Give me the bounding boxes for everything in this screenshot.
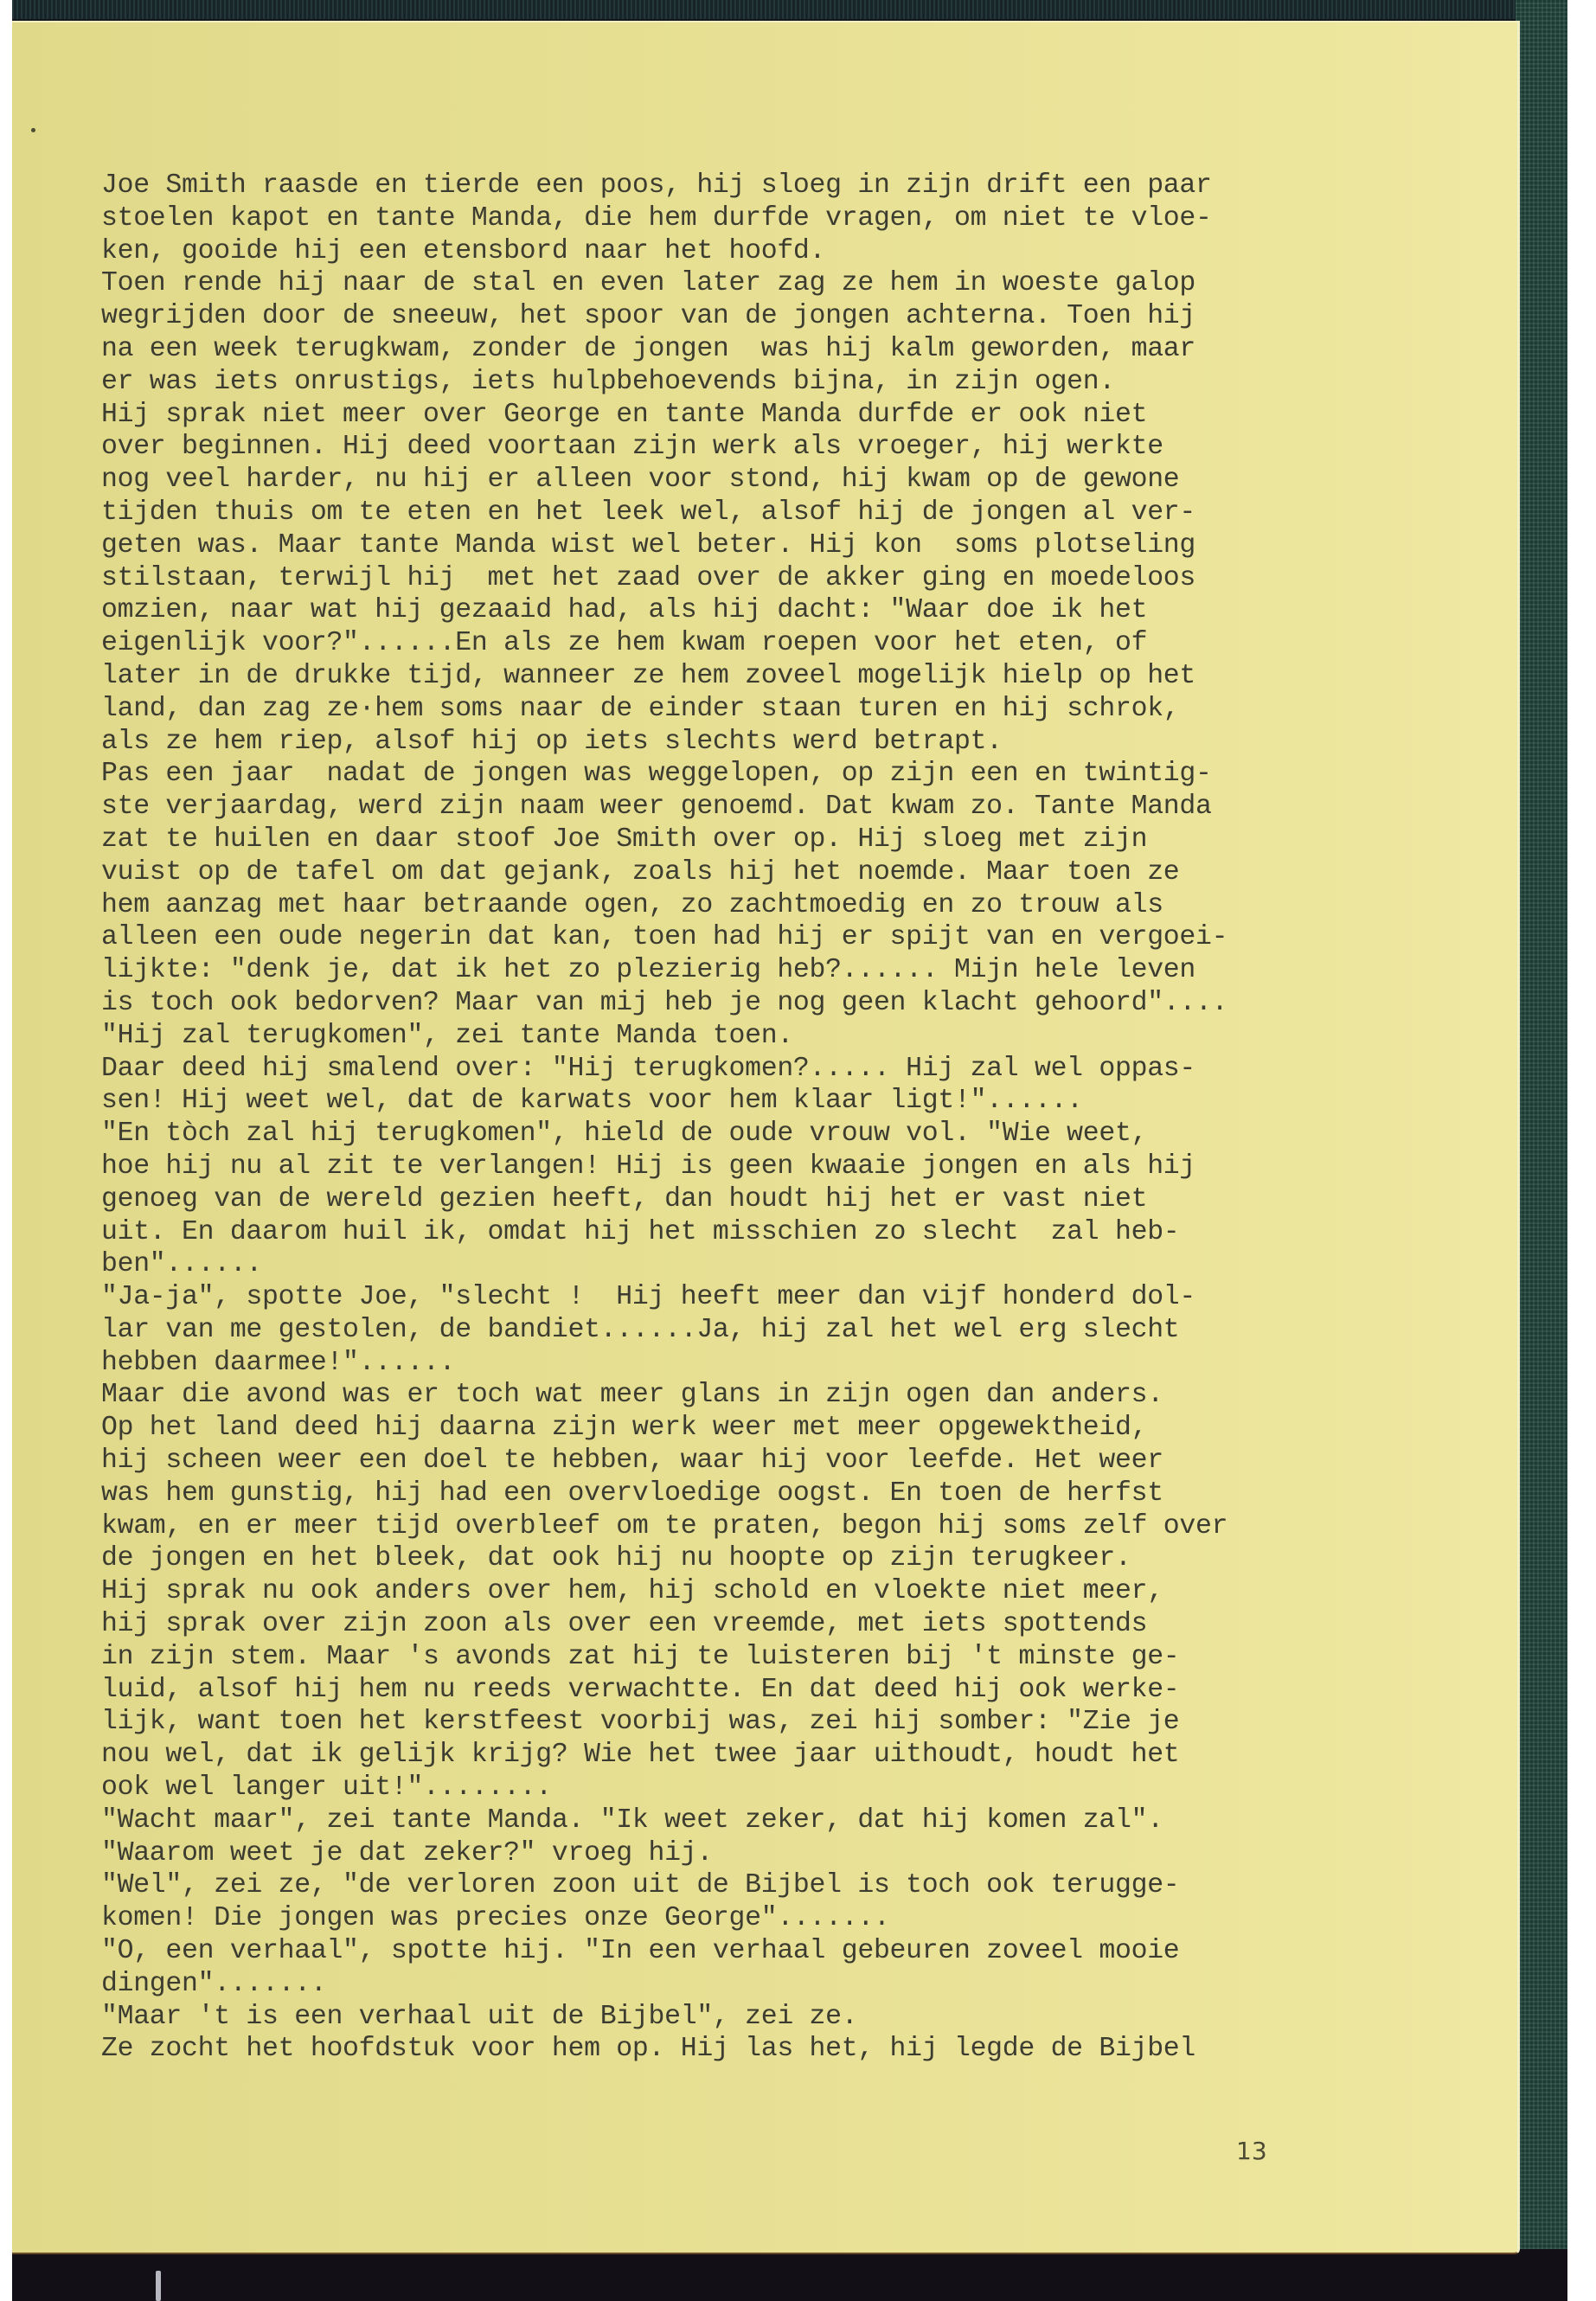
text-line: "O, een verhaal", spotte hij. "In een ve… <box>101 1935 1312 1968</box>
page-number: 13 <box>1236 2137 1267 2165</box>
text-line: ken, gooide hij een etensbord naar het h… <box>101 235 1312 268</box>
text-line: later in de drukke tijd, wanneer ze hem … <box>101 660 1312 693</box>
text-line: "Hij zal terugkomen", zei tante Manda to… <box>101 1020 1312 1053</box>
cover-bottom-edge <box>12 2249 1567 2301</box>
text-line: omzien, naar wat hij gezaaid had, als hi… <box>101 594 1312 627</box>
text-line: "Wacht maar", zei tante Manda. "Ik weet … <box>101 1804 1312 1837</box>
text-line: wegrijden door de sneeuw, het spoor van … <box>101 300 1312 333</box>
paper-speck <box>31 128 35 132</box>
text-line: hij sprak over zijn zoon als over een vr… <box>101 1608 1312 1641</box>
text-line: nog veel harder, nu hij er alleen voor s… <box>101 464 1312 497</box>
text-line: komen! Die jongen was precies onze Georg… <box>101 1902 1312 1935</box>
text-line: lijkte: "denk je, dat ik het zo plezieri… <box>101 954 1312 987</box>
text-line: Op het land deed hij daarna zijn werk we… <box>101 1412 1312 1445</box>
text-line: hoe hij nu al zit te verlangen! Hij is g… <box>101 1150 1312 1183</box>
text-line: Daar deed hij smalend over: "Hij terugko… <box>101 1053 1312 1086</box>
text-line: stoelen kapot en tante Manda, die hem du… <box>101 202 1312 235</box>
text-line: alleen een oude negerin dat kan, toen ha… <box>101 921 1312 954</box>
text-line: Joe Smith raasde en tierde een poos, hij… <box>101 170 1312 202</box>
text-line: is toch ook bedorven? Maar van mij heb j… <box>101 987 1312 1020</box>
text-line: in zijn stem. Maar 's avonds zat hij te … <box>101 1641 1312 1674</box>
text-line: geten was. Maar tante Manda wist wel bet… <box>101 529 1312 562</box>
text-line: ste verjaardag, werd zijn naam weer geno… <box>101 791 1312 824</box>
text-line: "Waarom weet je dat zeker?" vroeg hij. <box>101 1837 1312 1870</box>
text-line: Maar die avond was er toch wat meer glan… <box>101 1379 1312 1412</box>
text-line: Hij sprak nu ook anders over hem, hij sc… <box>101 1575 1312 1608</box>
text-line: er was iets onrustigs, iets hulpbehoeven… <box>101 366 1312 399</box>
text-line: uit. En daarom huil ik, omdat hij het mi… <box>101 1216 1312 1249</box>
text-line: luid, alsof hij hem nu reeds verwachtte.… <box>101 1674 1312 1707</box>
text-line: genoeg van de wereld gezien heeft, dan h… <box>101 1183 1312 1216</box>
text-line: de jongen en het bleek, dat ook hij nu h… <box>101 1542 1312 1575</box>
text-line: lar van me gestolen, de bandiet......Ja,… <box>101 1314 1312 1347</box>
text-line: over beginnen. Hij deed voortaan zijn we… <box>101 431 1312 464</box>
text-line: "Ja-ja", spotte Joe, "slecht ! Hij heeft… <box>101 1281 1312 1314</box>
text-line: Pas een jaar nadat de jongen was weggelo… <box>101 758 1312 791</box>
text-line: sen! Hij weet wel, dat de karwats voor h… <box>101 1085 1312 1118</box>
text-line: ook wel langer uit!"........ <box>101 1772 1312 1804</box>
text-line: hij scheen weer een doel te hebben, waar… <box>101 1445 1312 1477</box>
text-line: land, dan zag ze·hem soms naar de einder… <box>101 693 1312 726</box>
cover-top-edge <box>12 0 1567 19</box>
text-line: zat te huilen en daar stoof Joe Smith ov… <box>101 824 1312 856</box>
text-line: ben"...... <box>101 1248 1312 1281</box>
text-line: hebben daarmee!"...... <box>101 1347 1312 1380</box>
text-line: kwam, en er meer tijd overbleef om te pr… <box>101 1510 1312 1543</box>
text-line: eigenlijk voor?"......En als ze hem kwam… <box>101 627 1312 660</box>
text-line: stilstaan, terwijl hij met het zaad over… <box>101 562 1312 595</box>
text-line: dingen"....... <box>101 1968 1312 2001</box>
text-line: hem aanzag met haar betraande ogen, zo z… <box>101 889 1312 922</box>
text-line: nou wel, dat ik gelijk krijg? Wie het tw… <box>101 1739 1312 1772</box>
text-line: vuist op de tafel om dat gejank, zoals h… <box>101 856 1312 889</box>
bookmark-ribbon <box>156 2271 161 2301</box>
page-body-text: Joe Smith raasde en tierde een poos, hij… <box>101 170 1312 2066</box>
text-line: Ze zocht het hoofdstuk voor hem op. Hij … <box>101 2033 1312 2066</box>
text-line: Toen rende hij naar de stal en even late… <box>101 267 1312 300</box>
cover-right-edge <box>1516 0 1567 2249</box>
text-line: als ze hem riep, alsof hij op iets slech… <box>101 726 1312 759</box>
text-line: "Wel", zei ze, "de verloren zoon uit de … <box>101 1869 1312 1902</box>
text-line: na een week terugkwam, zonder de jongen … <box>101 333 1312 366</box>
text-line: lijk, want toen het kerstfeest voorbij w… <box>101 1706 1312 1739</box>
text-line: Hij sprak niet meer over George en tante… <box>101 399 1312 432</box>
text-line: "En tòch zal hij terugkomen", hield de o… <box>101 1118 1312 1150</box>
text-line: "Maar 't is een verhaal uit de Bijbel", … <box>101 2001 1312 2034</box>
text-line: tijden thuis om te eten en het leek wel,… <box>101 497 1312 529</box>
text-line: was hem gunstig, hij had een overvloedig… <box>101 1477 1312 1510</box>
